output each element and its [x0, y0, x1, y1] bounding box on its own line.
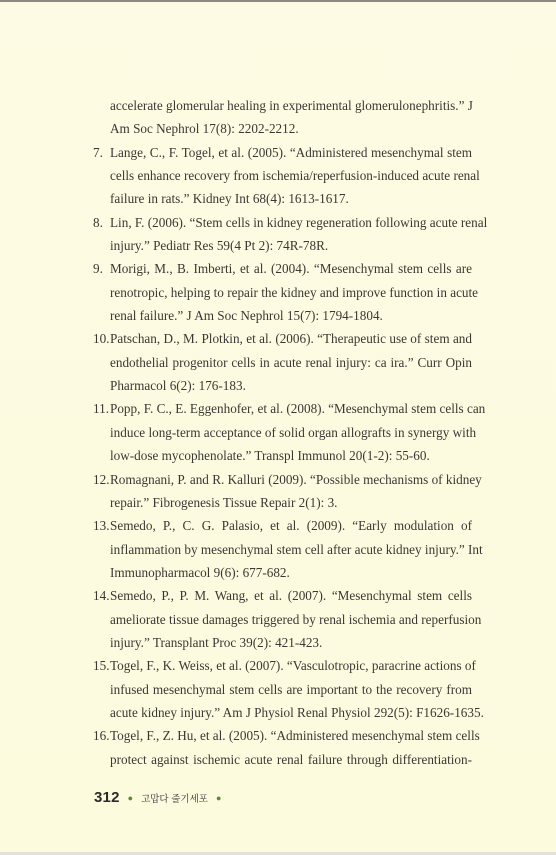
reference-line: Togel, F., Z. Hu, et al. (2005). “Admini…	[110, 724, 480, 747]
reference-line: induce long-term acceptance of solid org…	[93, 421, 472, 444]
reference-number: 11.	[93, 397, 110, 420]
reference-item: 8.Lin, F. (2006). “Stem cells in kidney …	[93, 211, 472, 258]
reference-line: Lin, F. (2006). “Stem cells in kidney re…	[110, 211, 487, 234]
reference-item: 9.Morigi, M., B. Imberti, et al. (2004).…	[93, 257, 472, 327]
reference-line: low-dose mycophenolate.” Transpl Immunol…	[93, 444, 472, 467]
reference-line: repair.” Fibrogenesis Tissue Repair 2(1)…	[93, 491, 472, 514]
reference-line: Pharmacol 6(2): 176-183.	[93, 374, 472, 397]
reference-item: 16.Togel, F., Z. Hu, et al. (2005). “Adm…	[93, 724, 472, 771]
reference-number: 14.	[93, 584, 110, 607]
reference-number: 13.	[93, 514, 110, 537]
reference-number: 12.	[93, 468, 110, 491]
reference-number: 9.	[93, 257, 110, 280]
reference-line: endothelial progenitor cells in acute re…	[93, 351, 472, 374]
reference-line: Lange, C., F. Togel, et al. (2005). “Adm…	[110, 141, 472, 164]
reference-line: inflammation by mesenchymal stem cell af…	[93, 538, 472, 561]
reference-number: 16.	[93, 724, 110, 747]
reference-line: ameliorate tissue damages triggered by r…	[93, 608, 472, 631]
reference-item: 10.Patschan, D., M. Plotkin, et al. (200…	[93, 327, 472, 397]
reference-item: 15.Togel, F., K. Weiss, et al. (2007). “…	[93, 654, 472, 724]
reference-line: failure in rats.” Kidney Int 68(4): 1613…	[93, 187, 472, 210]
reference-item: 12.Romagnani, P. and R. Kalluri (2009). …	[93, 468, 472, 515]
reference-line: acute kidney injury.” Am J Physiol Renal…	[93, 701, 472, 724]
reference-item: 13.Semedo, P., C. G. Palasio, et al. (20…	[93, 514, 472, 584]
reference-line: infused mesenchymal stem cells are impor…	[93, 678, 472, 701]
reference-line: Popp, F. C., E. Eggenhofer, et al. (2008…	[110, 397, 485, 420]
reference-item: 14.Semedo, P., P. M. Wang, et al. (2007)…	[93, 584, 472, 654]
reference-line: Immunopharmacol 9(6): 677-682.	[93, 561, 472, 584]
reference-number: 7.	[93, 141, 110, 164]
reference-continuation-line: Am Soc Nephrol 17(8): 2202-2212.	[93, 117, 472, 140]
reference-item: 7.Lange, C., F. Togel, et al. (2005). “A…	[93, 141, 472, 211]
reference-line: Morigi, M., B. Imberti, et al. (2004). “…	[110, 257, 472, 280]
reference-number: 10.	[93, 327, 110, 350]
page-top-edge	[0, 0, 556, 2]
bullet-icon: ●	[128, 793, 133, 803]
reference-line: cells enhance recovery from ischemia/rep…	[93, 164, 472, 187]
reference-line: Semedo, P., C. G. Palasio, et al. (2009)…	[110, 514, 472, 537]
reference-line: renotropic, helping to repair the kidney…	[93, 281, 472, 304]
reference-line: Romagnani, P. and R. Kalluri (2009). “Po…	[110, 468, 482, 491]
reference-line: injury.” Pediatr Res 59(4 Pt 2): 74R-78R…	[93, 234, 472, 257]
running-title: 고맙다 줄기세포	[141, 791, 208, 805]
reference-list: accelerate glomerular healing in experim…	[93, 94, 472, 771]
document-page: accelerate glomerular healing in experim…	[0, 0, 556, 855]
reference-continuation-line: accelerate glomerular healing in experim…	[93, 94, 472, 117]
reference-number: 15.	[93, 654, 110, 677]
reference-line: Togel, F., K. Weiss, et al. (2007). “Vas…	[110, 654, 476, 677]
bullet-icon: ●	[216, 793, 221, 803]
reference-item: 11.Popp, F. C., E. Eggenhofer, et al. (2…	[93, 397, 472, 467]
reference-line: Patschan, D., M. Plotkin, et al. (2006).…	[110, 327, 472, 350]
reference-line: protect against ischemic acute renal fai…	[93, 748, 472, 771]
reference-number: 8.	[93, 211, 110, 234]
reference-line: renal failure.” J Am Soc Nephrol 15(7): …	[93, 304, 472, 327]
page-footer: 312 ● 고맙다 줄기세포 ●	[94, 789, 229, 806]
page-number: 312	[94, 789, 120, 806]
reference-line: injury.” Transplant Proc 39(2): 421-423.	[93, 631, 472, 654]
reference-line: Semedo, P., P. M. Wang, et al. (2007). “…	[110, 584, 472, 607]
